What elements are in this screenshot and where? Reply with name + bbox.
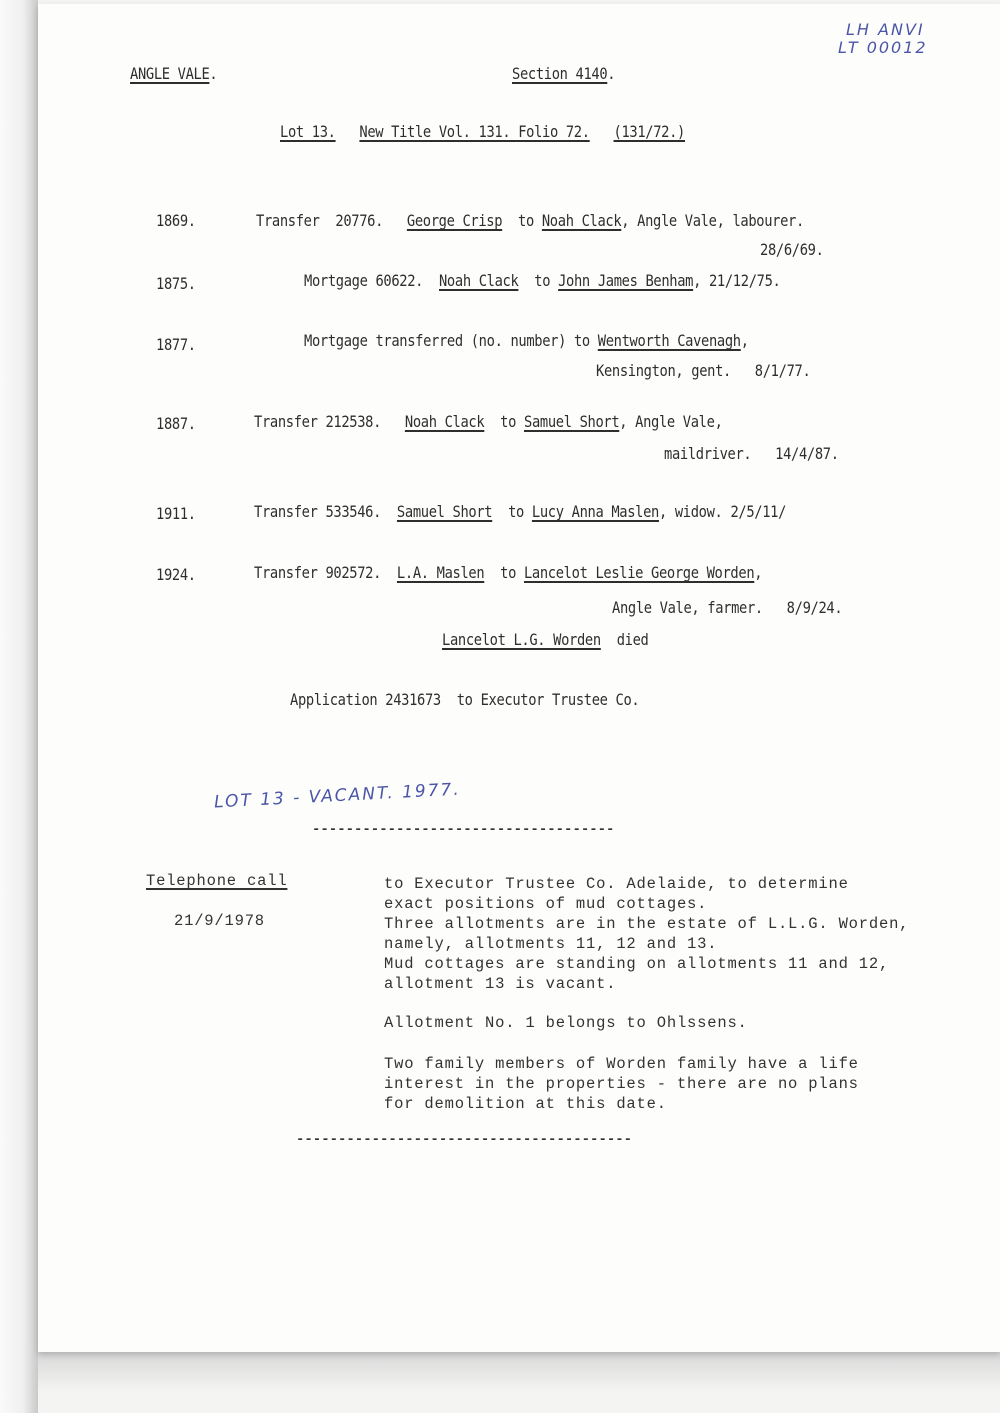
telephone-date: 21/9/1978 (174, 912, 265, 930)
entry-year: 1911. (156, 504, 196, 523)
telephone-label: Telephone call (146, 872, 287, 890)
entry-year: 1875. (156, 274, 196, 293)
locality-heading: ANGLE VALE. (130, 64, 217, 83)
entry-line: Transfer 212538. Noah Clack to Samuel Sh… (254, 412, 723, 431)
separator-line: ------------------------------------ (312, 822, 614, 838)
page-shadow (38, 1352, 1000, 1392)
archive-ref-line2: LT 00012 (838, 38, 928, 57)
application-line: Application 2431673 to Executor Trustee … (290, 690, 639, 709)
scan-edge (0, 0, 38, 1413)
entry-line2: Kensington, gent. 8/1/77. (596, 361, 810, 380)
entry-line: Transfer 902572. L.A. Maslen to Lancelot… (254, 563, 762, 582)
archive-ref-line1: LH ANVI (846, 20, 925, 39)
separator-line-bottom: ---------------------------------------- (296, 1132, 632, 1148)
entry-year: 1924. (156, 565, 196, 584)
lot-title: Lot 13. New Title Vol. 131. Folio 72. (1… (280, 122, 685, 141)
telephone-para3: Two family members of Worden family have… (384, 1054, 859, 1114)
entry-line: Mortgage transferred (no. number) to Wen… (304, 331, 749, 350)
entry-date: 28/6/69. (760, 240, 824, 259)
entry-line2: Angle Vale, farmer. 8/9/24. (612, 598, 842, 617)
entry-year: 1869. (156, 211, 196, 230)
entry-year: 1887. (156, 414, 196, 433)
entry-line: Transfer 20776. George Crisp to Noah Cla… (256, 211, 804, 230)
handwritten-note: LOT 13 - VACANT. 1977. (214, 780, 462, 813)
telephone-para2: Allotment No. 1 belongs to Ohlssens. (384, 1014, 748, 1032)
entry-line: Transfer 533546. Samuel Short to Lucy An… (254, 502, 786, 521)
entry-line3: Lancelot L.G. Worden died (442, 630, 648, 649)
entry-line2: maildriver. 14/4/87. (664, 444, 839, 463)
section-heading: Section 4140. (512, 64, 615, 83)
document-page: LH ANVI LT 00012 ANGLE VALE. Section 414… (38, 4, 1000, 1352)
telephone-notes: to Executor Trustee Co. Adelaide, to det… (384, 874, 909, 994)
entry-line: Mortgage 60622. Noah Clack to John James… (304, 271, 780, 290)
entry-year: 1877. (156, 335, 196, 354)
